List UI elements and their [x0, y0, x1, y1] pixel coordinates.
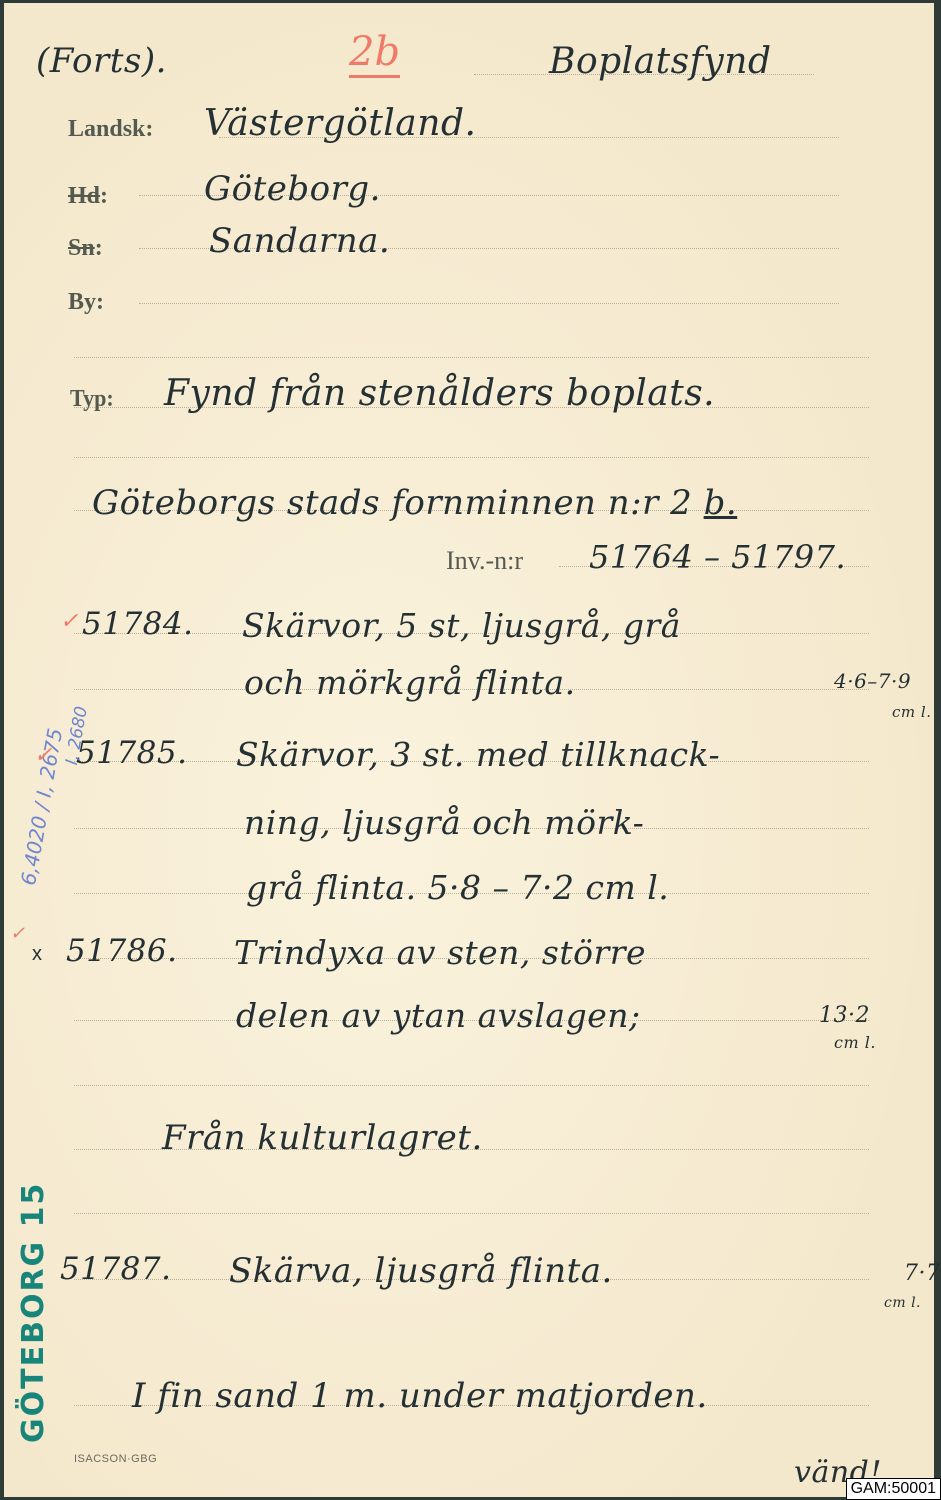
- archive-id-label: GAM:50001: [846, 1478, 941, 1500]
- entry-marker: x: [32, 943, 43, 966]
- red-check-mark: ✓: [34, 743, 52, 768]
- entry-number: 51786.: [66, 933, 177, 969]
- collection-text: Göteborgs stads fornminnen n:r 2: [92, 483, 692, 523]
- collection-line: Göteborgs stads fornminnen n:r 2 b.: [92, 483, 737, 523]
- entry-text-line: Skärvor, 3 st. med tillknack-: [236, 735, 720, 774]
- field-value-socken: Sandarna.: [209, 221, 390, 261]
- field-label-harad: Hd:: [68, 183, 108, 210]
- label-colon: :: [100, 183, 108, 209]
- entry-number: 51787.: [60, 1251, 171, 1287]
- field-label-by: By:: [68, 289, 104, 316]
- inventory-label: Inv.-n:r: [446, 546, 523, 576]
- category-title: Boplatsfynd: [549, 41, 771, 82]
- field-label-socken: Sn:: [68, 235, 103, 262]
- type-label: Typ:: [70, 386, 114, 413]
- red-check-mark: ✓: [10, 923, 25, 944]
- field-label-landskap: Landsk:: [68, 116, 153, 143]
- entry-measure: 4·6–7·9: [834, 669, 911, 693]
- rule-line: [74, 1085, 869, 1086]
- field-value-landskap: Västergötland.: [204, 103, 476, 144]
- inventory-value: 51764 – 51797.: [589, 538, 846, 576]
- entry-measure: 7·7: [904, 1261, 941, 1286]
- printer-mark: ISACSON·GBG: [74, 1453, 157, 1465]
- entry-text-line: ning, ljusgrå och mörk-: [244, 803, 644, 842]
- continuation-note: (Forts).: [36, 41, 167, 81]
- label-colon: :: [95, 235, 103, 261]
- red-check-mark: ✓: [60, 609, 78, 634]
- field-value-harad: Göteborg.: [204, 169, 381, 209]
- type-value: Fynd från stenålders boplats.: [164, 373, 715, 414]
- rule-line: [74, 457, 869, 458]
- rule-line: [74, 357, 869, 358]
- entry-number: 51784.: [82, 606, 193, 642]
- entry-unit: cm l.: [834, 1033, 876, 1052]
- collection-suffix: b.: [704, 483, 738, 523]
- section-note: Från kulturlagret.: [162, 1118, 483, 1158]
- entry-text-line: Skärva, ljusgrå flinta.: [229, 1251, 613, 1291]
- entry-text-line: Skärvor, 5 st, ljusgrå, grå: [242, 606, 681, 645]
- entry-text-line: och mörkgrå flinta.: [244, 663, 576, 702]
- entry-measure: 13·2: [819, 1003, 870, 1028]
- catalog-card: (Forts). 2b Boplatsfynd Landsk: Västergö…: [4, 3, 934, 1497]
- card-number-text: 2b: [349, 29, 400, 78]
- context-note: I fin sand 1 m. under matjorden.: [132, 1376, 708, 1416]
- entry-unit: cm l.: [892, 703, 931, 721]
- struck-label: Hd: [68, 183, 100, 209]
- rule-line: [139, 303, 839, 304]
- card-number-red: 2b: [349, 29, 400, 75]
- entry-text-line: grå flinta. 5·8 – 7·2 cm l.: [246, 868, 669, 907]
- rule-line: [74, 1213, 869, 1214]
- entry-number: 51785.: [76, 735, 187, 771]
- struck-label: Sn: [68, 235, 95, 261]
- entry-text-line: delen av ytan avslagen;: [236, 996, 641, 1035]
- entry-text-line: Trindyxa av sten, större: [234, 933, 646, 972]
- goteborg-stamp: GÖTEBORG 15: [16, 1182, 51, 1443]
- entry-unit: cm l.: [884, 1295, 921, 1311]
